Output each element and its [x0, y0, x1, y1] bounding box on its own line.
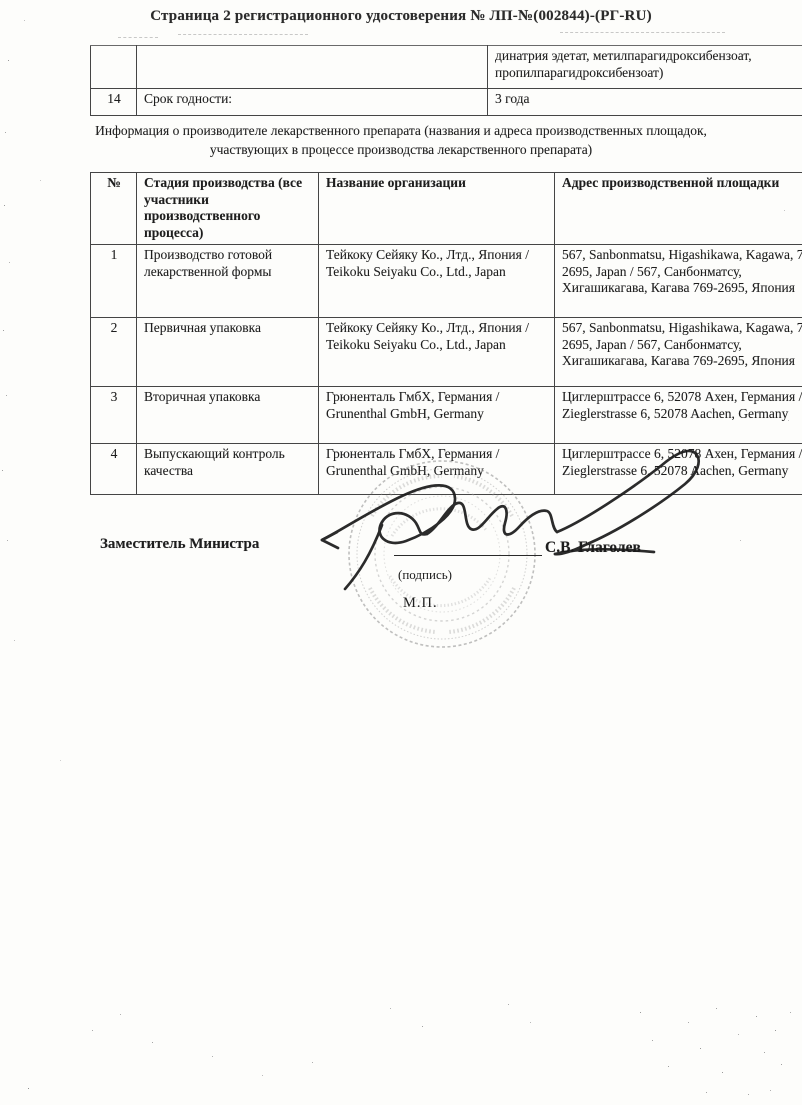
- address-cell: 567, Sanbonmatsu, Higashikawa, Kagawa, 7…: [555, 317, 802, 386]
- manufacturer-row: 3 Вторичная упаковка Грюненталь ГмбХ, Ге…: [91, 386, 802, 443]
- header-stage: Стадия производства (все участники произ…: [137, 173, 319, 245]
- stage-cell: Вторичная упаковка: [137, 386, 319, 443]
- row-number-cell: 3: [91, 386, 137, 443]
- stage-cell: Выпускающий контроль качества: [137, 443, 319, 494]
- scan-artifact: [560, 31, 725, 33]
- address-cell: Циглерштрассе 6, 52078 Ахен, Германия / …: [555, 443, 802, 494]
- scan-artifact: [118, 36, 158, 38]
- document-page: { "header": { "title": "Страница 2 регис…: [0, 0, 802, 1105]
- signature-line: [394, 555, 542, 556]
- address-cell: Циглерштрассе 6, 52078 Ахен, Германия / …: [555, 386, 802, 443]
- signature-caption: (подпись): [398, 567, 452, 583]
- row-number-cell: 1: [91, 244, 137, 317]
- table-header-row: № Стадия производства (все участники про…: [91, 173, 802, 245]
- manufacturer-info-paragraph: Информация о производителе лекарственног…: [55, 121, 747, 159]
- empty-num-cell: [91, 46, 137, 89]
- seal-placeholder-label: М.П.: [403, 595, 438, 612]
- scan-artifact: [178, 33, 308, 35]
- row-number-cell: 2: [91, 317, 137, 386]
- header-num: №: [91, 173, 137, 245]
- shelf-life-row: 14 Срок годности: 3 года: [91, 89, 802, 116]
- organization-cell: Тейкоку Сейяку Ко., Лтд., Япония / Teiko…: [319, 317, 555, 386]
- stage-cell: Производство готовой лекарственной формы: [137, 244, 319, 317]
- organization-cell: Грюненталь ГмбХ, Германия / Grunenthal G…: [319, 386, 555, 443]
- organization-cell: Тейкоку Сейяку Ко., Лтд., Япония / Teiko…: [319, 244, 555, 317]
- excipients-continuation-cell: динатрия эдетат, метилпарагидроксибензоа…: [488, 46, 802, 89]
- row-number-cell: 14: [91, 89, 137, 116]
- manufacturers-table: № Стадия производства (все участники про…: [90, 172, 802, 495]
- excipients-continuation-row: динатрия эдетат, метилпарагидроксибензоа…: [91, 46, 802, 89]
- shelf-life-label-cell: Срок годности:: [137, 89, 488, 116]
- shelf-life-table-fragment: динатрия эдетат, метилпарагидроксибензоа…: [90, 45, 802, 116]
- stage-cell: Первичная упаковка: [137, 317, 319, 386]
- page-title: Страница 2 регистрационного удостоверени…: [0, 8, 802, 25]
- signer-title: Заместитель Министра: [100, 536, 259, 553]
- signer-name: С.В. Глаголев: [545, 539, 641, 557]
- header-address: Адрес производственной площадки: [555, 173, 802, 245]
- address-cell: 567, Sanbonmatsu, Higashikawa, Kagawa, 7…: [555, 244, 802, 317]
- official-seal-stamp: [336, 456, 548, 652]
- shelf-life-value-cell: 3 года: [488, 89, 802, 116]
- manufacturer-row: 2 Первичная упаковка Тейкоку Сейяку Ко.,…: [91, 317, 802, 386]
- manufacturer-row: 1 Производство готовой лекарственной фор…: [91, 244, 802, 317]
- empty-label-cell: [137, 46, 488, 89]
- scan-noise: [0, 0, 1, 1]
- row-number-cell: 4: [91, 443, 137, 494]
- header-organization: Название организации: [319, 173, 555, 245]
